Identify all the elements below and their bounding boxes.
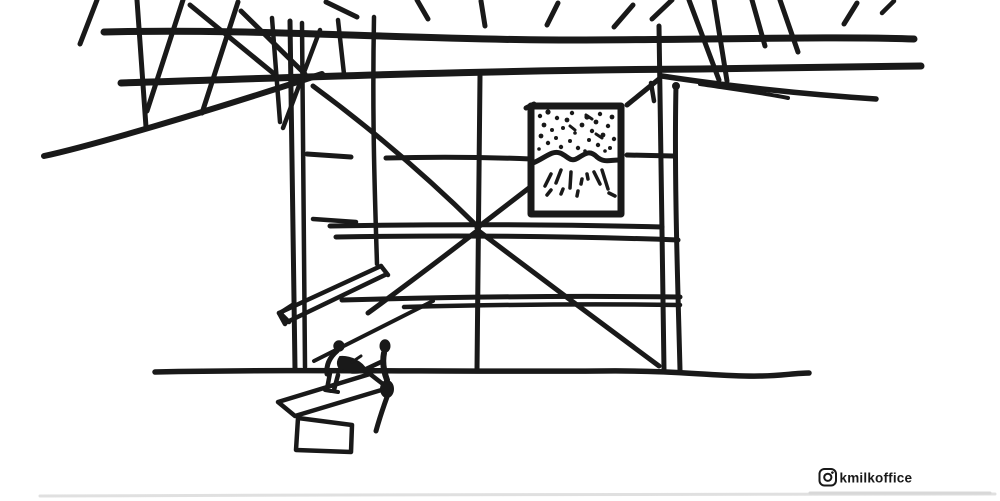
ledger-bar bbox=[330, 225, 662, 227]
speckle-dot bbox=[608, 146, 612, 150]
speckle-dot bbox=[606, 124, 610, 128]
speckle-dot bbox=[546, 141, 550, 145]
ray-dash bbox=[561, 189, 563, 194]
speckle-dot bbox=[538, 114, 542, 118]
speckle-dot bbox=[545, 109, 550, 114]
instagram-icon-flash-dot bbox=[831, 472, 833, 474]
ray-stroke bbox=[547, 3, 558, 25]
ray-stroke bbox=[844, 3, 857, 24]
speckle-dot bbox=[603, 149, 607, 153]
plank-end-cap bbox=[381, 266, 388, 275]
speckle-dot bbox=[587, 138, 591, 142]
ray-stroke bbox=[417, 0, 428, 19]
speckle-dot bbox=[550, 128, 554, 132]
instagram-icon-frame bbox=[820, 469, 837, 486]
speckle-dot bbox=[612, 137, 616, 141]
speckle-dot bbox=[590, 129, 594, 133]
ground-line bbox=[155, 371, 809, 376]
ray-dash bbox=[577, 191, 578, 196]
ray-stroke bbox=[652, 0, 672, 19]
ray-dash bbox=[587, 174, 588, 179]
bench-end-support bbox=[296, 418, 352, 452]
speckle-dot bbox=[559, 145, 563, 149]
speckle-dot bbox=[610, 115, 615, 120]
truss-stroke bbox=[780, 0, 798, 52]
architectural-sketch: kmilkoffice bbox=[0, 0, 1000, 501]
ray-stroke bbox=[882, 1, 894, 13]
ledger-bar bbox=[336, 236, 678, 240]
speckle-dot bbox=[539, 134, 544, 139]
instagram-watermark: kmilkoffice bbox=[820, 469, 913, 486]
figure-torso bbox=[383, 353, 387, 380]
speckle-dot bbox=[598, 112, 602, 116]
ledger-bar bbox=[404, 304, 680, 307]
speckle-dot bbox=[554, 136, 558, 140]
bench-top bbox=[278, 374, 388, 416]
watermark-handle-text: kmilkoffice bbox=[840, 471, 913, 486]
sketch-page: kmilkoffice bbox=[0, 0, 1000, 501]
ledger-bar bbox=[307, 154, 351, 157]
ray-dash bbox=[570, 172, 571, 188]
speckle-dot bbox=[583, 149, 587, 153]
speckle-dot bbox=[576, 146, 580, 150]
ray-stroke bbox=[326, 2, 357, 17]
truss-stroke bbox=[147, 0, 183, 111]
speckle-dot bbox=[565, 118, 570, 123]
paper-smudge bbox=[40, 493, 995, 496]
speckle-dot bbox=[573, 131, 577, 135]
figure-leg bbox=[327, 373, 330, 389]
ledger-bar bbox=[313, 219, 356, 222]
right-post-cap bbox=[673, 83, 680, 90]
speckle-dot bbox=[596, 143, 600, 147]
speckle-dot bbox=[568, 139, 572, 143]
speckle-dot bbox=[580, 123, 585, 128]
right-post-double bbox=[675, 85, 680, 370]
speckle-dot bbox=[537, 147, 541, 151]
brace-diagonal-upper-right bbox=[477, 188, 529, 228]
framed-artwork bbox=[526, 79, 659, 214]
ray-stroke bbox=[481, 1, 485, 26]
speckle-dot bbox=[561, 126, 565, 130]
speckle-dot bbox=[570, 111, 574, 115]
speckle-dot bbox=[542, 123, 547, 128]
figure-foot bbox=[332, 391, 338, 392]
truss-stroke bbox=[137, 0, 146, 127]
truss-stroke bbox=[338, 20, 344, 74]
speckle-dot bbox=[555, 116, 559, 120]
lower-roof-beam bbox=[121, 66, 921, 83]
ledger-bar bbox=[627, 155, 673, 156]
instagram-icon bbox=[820, 469, 837, 486]
roof-truss-right bbox=[651, 0, 876, 101]
speckle-dot bbox=[594, 120, 599, 125]
figure-arm-bundle bbox=[338, 357, 366, 373]
ray-dash bbox=[581, 179, 582, 184]
rafter-ray-strokes bbox=[326, 0, 894, 27]
truss-stroke bbox=[80, 0, 97, 44]
instagram-icon-lens bbox=[824, 474, 831, 481]
ray-stroke bbox=[614, 5, 633, 27]
figure-leg bbox=[376, 397, 387, 431]
